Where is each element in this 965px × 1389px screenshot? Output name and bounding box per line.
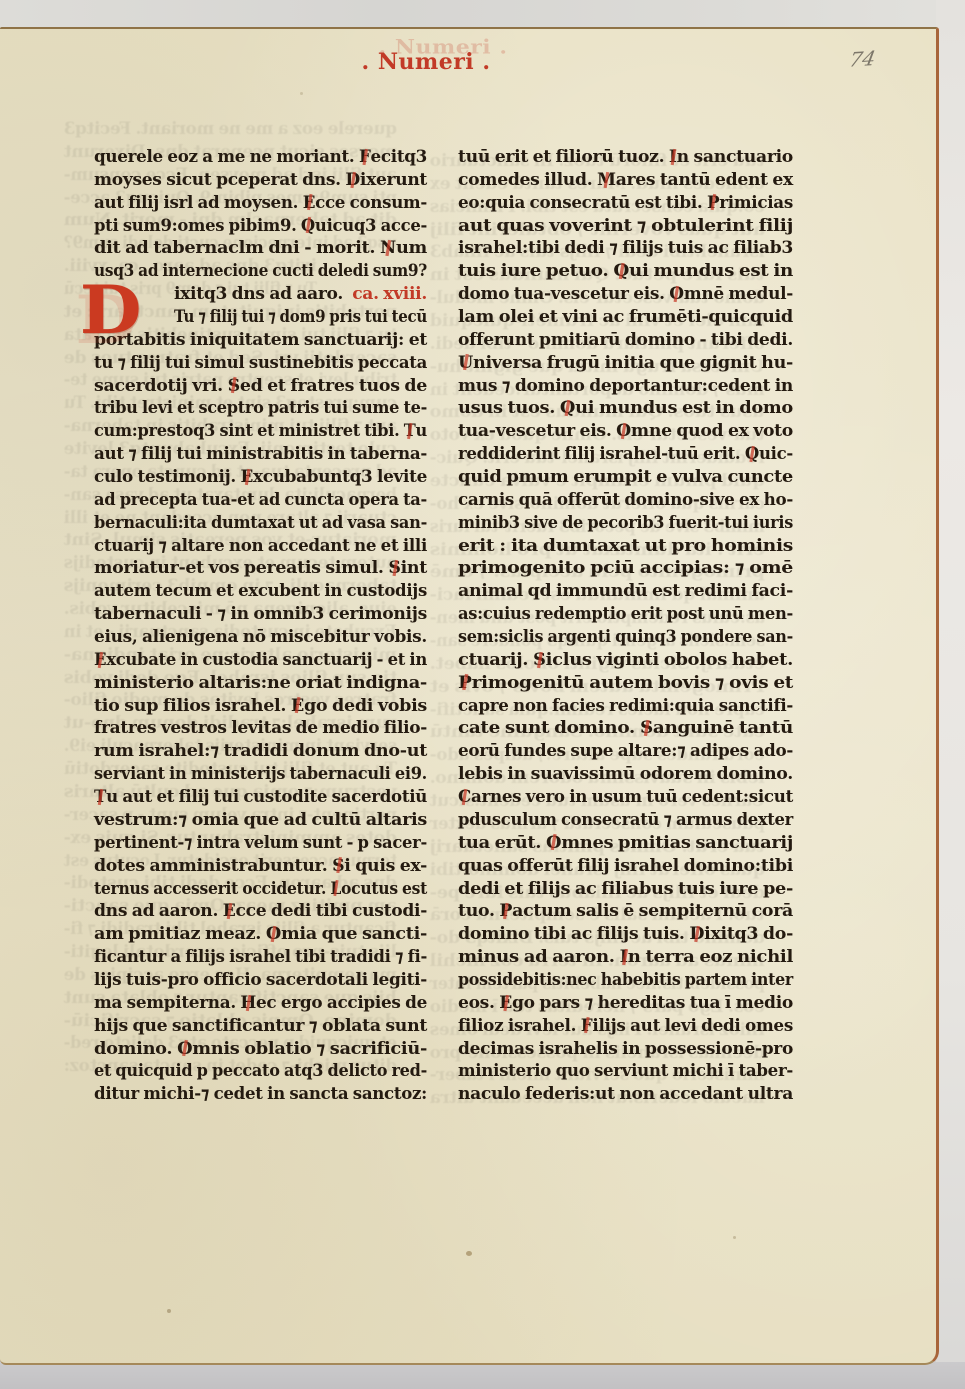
rubricated-capital: S bbox=[388, 558, 400, 577]
text-line: culo testimonij. Excubabuntq3 levite bbox=[94, 466, 427, 489]
text-line: quid pmum erumpit e vulva cuncte bbox=[458, 466, 793, 489]
text-line: tu ⁊ filij tui simul sustinebitis peccat… bbox=[94, 352, 427, 375]
rubricated-capital: O bbox=[177, 1039, 192, 1058]
manuscript-photo: querele eoz a me ne moriant. Fecitq3moys… bbox=[0, 0, 965, 1389]
text-line: Tu aut et filij tui custodite sacerdotiū bbox=[94, 786, 427, 809]
text-line: lijs tuis-pro officio sacerdotali legiti… bbox=[94, 969, 427, 992]
stain-spot bbox=[733, 1236, 736, 1239]
text-line: am pmitiaz meaz. Omia que sancti- bbox=[94, 923, 427, 946]
rubricated-capital: E bbox=[94, 650, 106, 669]
rubricated-capital: O bbox=[669, 284, 683, 303]
stain-spot bbox=[167, 1309, 171, 1313]
text-line: ternus accesserit occidetur. Locutus est bbox=[94, 878, 427, 901]
text-line: tua-vescetur eis. Omne quod ex voto bbox=[458, 420, 793, 443]
rubricated-capital: S bbox=[640, 718, 653, 737]
text-line: eius, alienigena nō miscebitur vobis. bbox=[94, 626, 427, 649]
rubricated-capital: L bbox=[330, 879, 341, 898]
text-line: Universa frugū initia que gignit hu- bbox=[458, 352, 793, 375]
text-line: fratres vestros levitas de medio filio- bbox=[94, 717, 427, 740]
text-line: et quicquid p peccato atq3 delicto red- bbox=[94, 1060, 427, 1083]
text-line: portabitis iniquitatem sanctuarij: et bbox=[94, 329, 427, 352]
text-line: usus tuos. Qui mundus est in domo bbox=[458, 397, 793, 420]
text-line: minus ad aaron. In terra eoz nichil bbox=[458, 946, 793, 969]
ghost-text-line: querele eoz a me ne moriant. Fecitq3 bbox=[64, 118, 397, 141]
text-line: domino tibi ac filijs tuis. Dixitq3 do- bbox=[458, 923, 793, 946]
rubricated-capital: Q bbox=[745, 444, 759, 463]
text-line: reddiderint filij israhel-tuū erit. Quic… bbox=[458, 443, 793, 466]
text-line: vestrum:⁊ omia que ad cultū altaris bbox=[94, 809, 427, 832]
text-line: tuo. Pactum salis ē sempiternū corā bbox=[458, 900, 793, 923]
text-line: eos. Ego pars ⁊ hereditas tua ī medio bbox=[458, 992, 793, 1015]
text-line: bernaculi:ita dumtaxat ut ad vasa san- bbox=[94, 512, 427, 535]
rubricated-capital: P bbox=[707, 193, 719, 212]
text-line: aut ⁊ filij tui ministrabitis in taberna… bbox=[94, 443, 427, 466]
chapter-rubric: ca. xviii. bbox=[352, 284, 427, 303]
stain-spot bbox=[300, 92, 303, 95]
text-line: capre non facies redimi:quia sanctifi- bbox=[458, 695, 793, 718]
text-line: dit ad tabernaclm dni - morit. Num bbox=[94, 237, 427, 260]
folio-number: 74 bbox=[847, 44, 902, 71]
text-line: ctuarij. Siclus viginti obolos habet. bbox=[458, 649, 793, 672]
text-line: Excubate in custodia sanctuarij - et in bbox=[94, 649, 427, 672]
text-line: filioz israhel. Filijs aut levi dedi ome… bbox=[458, 1015, 793, 1038]
text-line: domino. Omnis oblatio ⁊ sacrificiū- bbox=[94, 1038, 427, 1061]
text-line: ditur michi-⁊ cedet in sancta sanctoz: bbox=[94, 1083, 427, 1106]
text-line: sacerdotij vri. Sed et fratres tuos de bbox=[94, 375, 427, 398]
rubricated-capital: P bbox=[499, 901, 512, 920]
text-line: hijs que sanctificantur ⁊ oblata sunt bbox=[94, 1015, 427, 1038]
rubricated-capital: C bbox=[458, 787, 471, 806]
text-line: ad precepta tua-et ad cuncta opera ta- bbox=[94, 489, 427, 512]
text-line: lam olei et vini ac frumēti-quicquid bbox=[458, 306, 793, 329]
column-left: querele eoz a me ne moriant. Fecitq3moys… bbox=[94, 146, 427, 1106]
stain-spot bbox=[466, 1251, 472, 1256]
text-line: as:cuius redemptio erit post unū men- bbox=[458, 603, 793, 626]
text-line: Tu ⁊ filij tui ⁊ dom9 pris tui tecū bbox=[94, 306, 427, 329]
text-line: tuis iure petuo. Qui mundus est in bbox=[458, 260, 793, 283]
text-line: moyses sicut pceperat dns. Dixerunt bbox=[94, 169, 427, 192]
text-line: dedi et filijs ac filiabus tuis iure pe- bbox=[458, 878, 793, 901]
column-right: tuū erit et filiorū tuoz. In sanctuarioc… bbox=[458, 146, 793, 1106]
text-line: israhel:tibi dedi ⁊ filijs tuis ac filia… bbox=[458, 237, 793, 260]
text-line: ministerio altaris:ne oriat indigna- bbox=[94, 672, 427, 695]
text-line: ma sempiterna. Hec ergo accipies de bbox=[94, 992, 427, 1015]
text-line: possidebitis:nec habebitis partem inter bbox=[458, 969, 793, 992]
text-line: eorū fundes supe altare:⁊ adipes ado- bbox=[458, 740, 793, 763]
text-line: naculo federis:ut non accedant ultra bbox=[458, 1083, 793, 1106]
rubricated-capital: S bbox=[228, 376, 240, 395]
text-line: cum:prestoq3 sint et ministret tibi. Tu bbox=[94, 420, 427, 443]
rubricated-capital: E bbox=[240, 467, 253, 486]
text-line: carnis quā offerūt domino-sive ex ho- bbox=[458, 489, 793, 512]
rubricated-capital: P bbox=[458, 673, 472, 692]
text-line: pertinent-⁊ intra velum sunt - p sacer- bbox=[94, 832, 427, 855]
rubricated-capital: D bbox=[345, 170, 360, 189]
text-line: serviant in ministerijs tabernaculi ei9. bbox=[94, 763, 427, 786]
text-line: rum israhel:⁊ tradidi donum dno-ut bbox=[94, 740, 427, 763]
rubricated-capital: Q bbox=[560, 398, 575, 417]
text-line: decimas israhelis in possessionē-pro bbox=[458, 1038, 793, 1061]
text-line: ministerio quo serviunt michi ī taber- bbox=[458, 1060, 793, 1083]
text-line: moriatur-et vos pereatis simul. Sint bbox=[94, 557, 427, 580]
text-line: tua erūt. Omnes pmitias sanctuarij bbox=[458, 832, 793, 855]
text-line: dns ad aaron. Ecce dedi tibi custodi- bbox=[94, 900, 427, 923]
text-line: ctuarij ⁊ altare non accedant ne et illi bbox=[94, 535, 427, 558]
rubricated-capital: T bbox=[94, 787, 106, 806]
text-line: Carnes vero in usum tuū cedent:sicut bbox=[458, 786, 793, 809]
rubricated-capital: T bbox=[404, 421, 416, 440]
text-line: quas offerūt filij israhel domino:tibi bbox=[458, 855, 793, 878]
text-line: pdusculum consecratū ⁊ armus dexter bbox=[458, 809, 793, 832]
rubricated-capital: F bbox=[359, 147, 371, 166]
rubricated-capital: I bbox=[669, 147, 677, 166]
text-line: cate sunt domino. Sanguinē tantū bbox=[458, 717, 793, 740]
rubricated-capital: O bbox=[546, 833, 561, 852]
backdrop-right bbox=[936, 0, 965, 1389]
text-line: minib3 sive de pecorib3 fuerit-tui iuris bbox=[458, 512, 793, 535]
text-line: tribu levi et sceptro patris tui sume te… bbox=[94, 397, 427, 420]
rubricated-capital: S bbox=[533, 650, 546, 669]
rubricated-capital: H bbox=[240, 993, 256, 1012]
text-line: mus ⁊ domino deportantur:cedent in bbox=[458, 375, 793, 398]
rubricated-capital: E bbox=[291, 696, 304, 715]
text-line: sem:siclis argenti quinq3 pondere san- bbox=[458, 626, 793, 649]
rubricated-capital: M bbox=[597, 170, 616, 189]
rubricated-capital: N bbox=[380, 238, 396, 257]
text-line: aut quas voverint ⁊ obtulerint filij bbox=[458, 215, 793, 238]
text-line: pti sum9:omes pibim9. Quicuq3 acce- bbox=[94, 215, 427, 238]
text-line: eo:quia consecratū est tibi. Primicias bbox=[458, 192, 793, 215]
text-line: tio sup filios israhel. Ego dedi vobis bbox=[94, 695, 427, 718]
rubricated-capital: O bbox=[266, 924, 281, 943]
rubricated-capital: E bbox=[499, 993, 512, 1012]
rubricated-capital: O bbox=[616, 421, 631, 440]
text-line: aut filij isrl ad moysen. Ecce consum- bbox=[94, 192, 427, 215]
rubricated-capital: Q bbox=[613, 261, 629, 280]
text-line: tuū erit et filiorū tuoz. In sanctuario bbox=[458, 146, 793, 169]
rubricated-capital: Q bbox=[301, 216, 315, 235]
backdrop-bottom bbox=[0, 1362, 965, 1389]
running-header: . Numeri . bbox=[326, 49, 526, 75]
illuminated-initial: D bbox=[80, 278, 142, 342]
backdrop-top bbox=[0, 0, 965, 28]
rubricated-capital: U bbox=[458, 353, 473, 372]
rubricated-capital: D bbox=[689, 924, 704, 943]
text-line: ixitq3 dns ad aaro. ca. xviii. bbox=[94, 283, 427, 306]
rubricated-capital: I bbox=[620, 947, 628, 966]
text-line: lebis in suavissimū odorem domino. bbox=[458, 763, 793, 786]
text-line: dotes amministrabuntur. Si quis ex- bbox=[94, 855, 427, 878]
rubricated-capital: F bbox=[581, 1016, 593, 1035]
text-line: domo tua-vescetur eis. Omnē medul- bbox=[458, 283, 793, 306]
text-line: Primogenitū autem bovis ⁊ ovis et bbox=[458, 672, 793, 695]
rubricated-capital: E bbox=[223, 901, 236, 920]
text-line: animal qd immundū est redimi faci- bbox=[458, 580, 793, 603]
rubricated-capital: S bbox=[332, 856, 344, 875]
text-line: tabernaculi - ⁊ in omnib3 cerimonijs bbox=[94, 603, 427, 626]
text-line: comedes illud. Mares tantū edent ex bbox=[458, 169, 793, 192]
text-line: offerunt pmitiarū domino - tibi dedi. bbox=[458, 329, 793, 352]
rubricated-capital: E bbox=[303, 193, 315, 212]
text-line: querele eoz a me ne moriant. Fecitq3 bbox=[94, 146, 427, 169]
text-line: erit : ita dumtaxat ut pro hominis bbox=[458, 535, 793, 558]
text-line: autem tecum et excubent in custodijs bbox=[94, 580, 427, 603]
text-line: usq3 ad internecione cucti deledi sum9? bbox=[94, 260, 427, 283]
text-line: ficantur a filijs israhel tibi tradidi ⁊… bbox=[94, 946, 427, 969]
text-line: primogenito pciū accipias: ⁊ omē bbox=[458, 557, 793, 580]
